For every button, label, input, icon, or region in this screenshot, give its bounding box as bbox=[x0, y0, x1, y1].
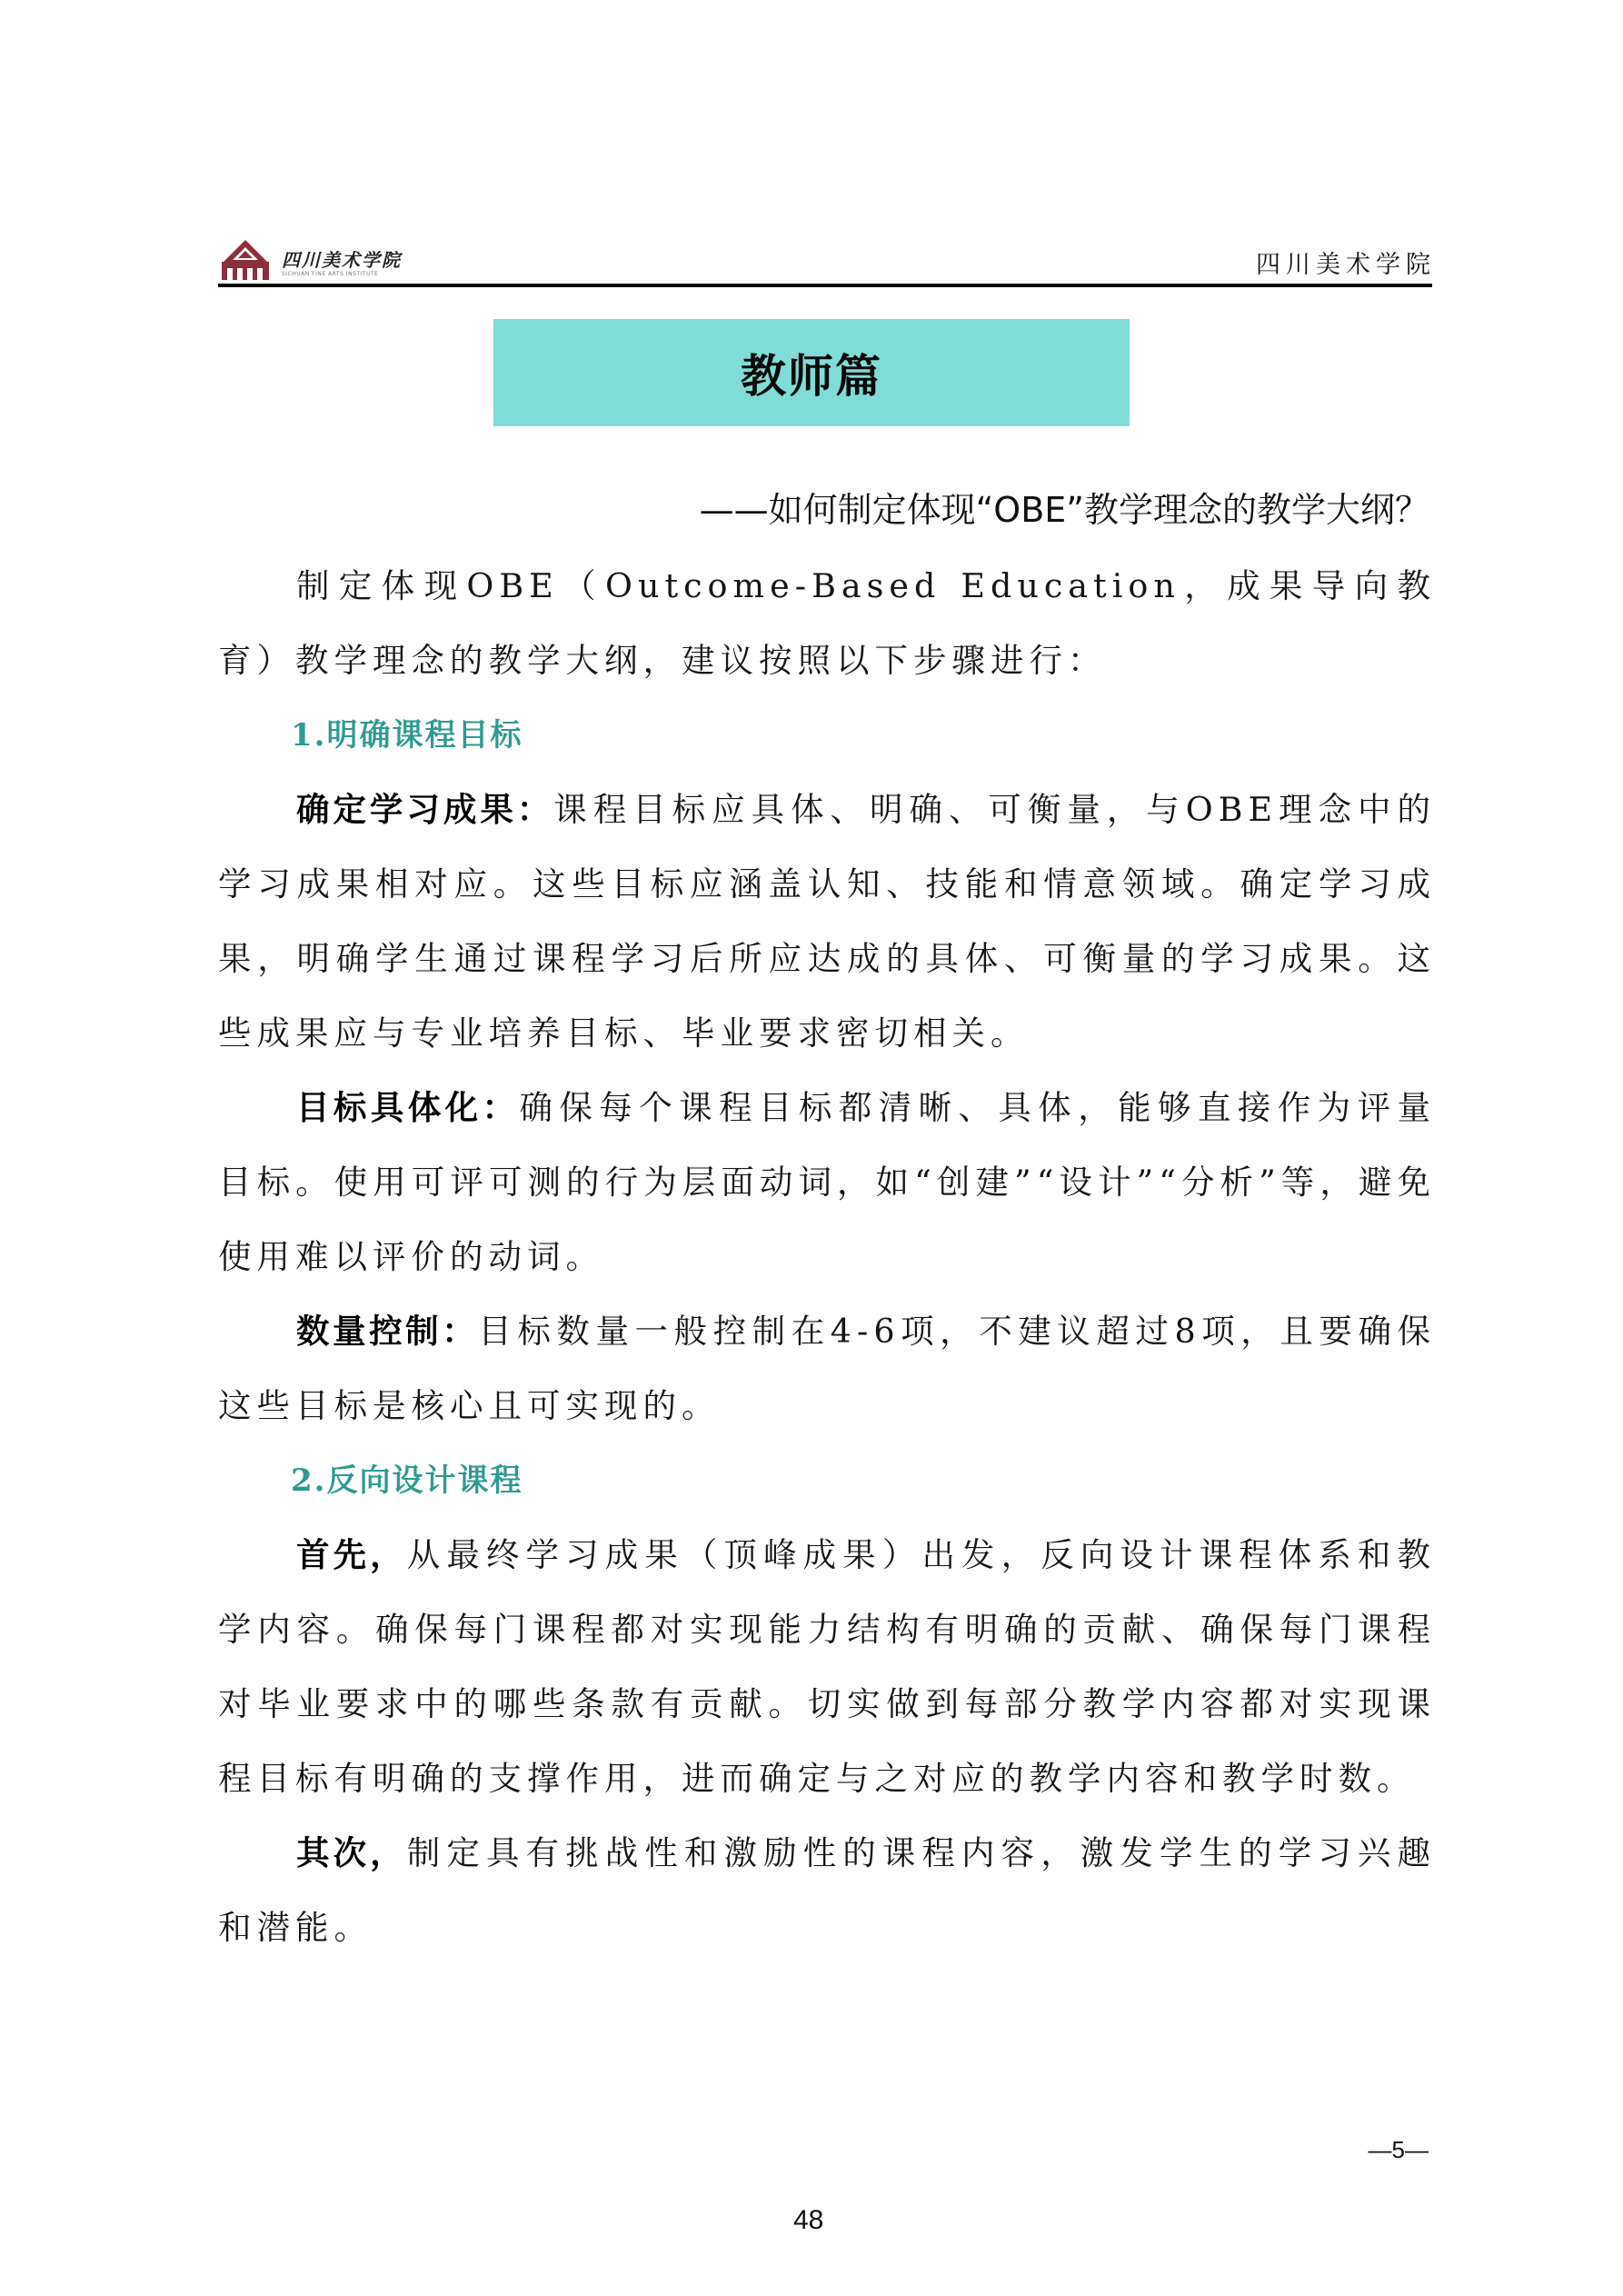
institution-name: 四川美术学院 bbox=[1256, 245, 1436, 280]
page-label: —5— bbox=[1369, 2136, 1429, 2164]
paragraph-lead: 确定学习成果： bbox=[296, 790, 553, 829]
page-title: 教师篇 bbox=[741, 340, 882, 405]
header-divider bbox=[218, 284, 1432, 287]
paragraph-text: 从最终学习成果（顶峰成果）出发，反向设计课程体系和教学内容。确保每门课程都对实现… bbox=[218, 1535, 1436, 1798]
document-page-number: 48 bbox=[793, 2205, 823, 2236]
intro-paragraph: 制定体现OBE（Outcome-Based Education，成果导向教育）教… bbox=[218, 549, 1436, 698]
paragraph: 数量控制：目标数量一般控制在4-6项，不建议超过8项，且要确保这些目标是核心且可… bbox=[218, 1294, 1436, 1443]
paragraph: 目标具体化：确保每个课程目标都清晰、具体，能够直接作为评量目标。使用可评可测的行… bbox=[218, 1071, 1436, 1294]
title-banner: 教师篇 bbox=[493, 319, 1130, 426]
paragraph-text: 课程目标应具体、明确、可衡量，与OBE理念中的学习成果相对应。这些目标应涵盖认知… bbox=[218, 790, 1436, 1053]
section-heading: 1.明确课程目标 bbox=[218, 698, 1436, 773]
paragraph-lead: 首先， bbox=[296, 1535, 407, 1574]
section-heading: 2.反向设计课程 bbox=[218, 1443, 1436, 1518]
paragraph: 确定学习成果：课程目标应具体、明确、可衡量，与OBE理念中的学习成果相对应。这些… bbox=[218, 773, 1436, 1071]
paragraph-lead: 其次， bbox=[296, 1833, 407, 1872]
paragraph-lead: 目标具体化： bbox=[296, 1088, 519, 1127]
paragraph-lead: 数量控制： bbox=[296, 1312, 478, 1351]
paragraph: 其次，制定具有挑战性和激励性的课程内容，激发学生的学习兴趣和潜能。 bbox=[218, 1816, 1436, 1965]
document-body: 制定体现OBE（Outcome-Based Education，成果导向教育）教… bbox=[218, 549, 1436, 1965]
subtitle: ——如何制定体现“OBE”教学理念的教学大纲？ bbox=[700, 482, 1429, 532]
paragraph: 首先，从最终学习成果（顶峰成果）出发，反向设计课程体系和教学内容。确保每门课程都… bbox=[218, 1518, 1436, 1816]
page-header: 四川美术学院 bbox=[218, 232, 1436, 286]
